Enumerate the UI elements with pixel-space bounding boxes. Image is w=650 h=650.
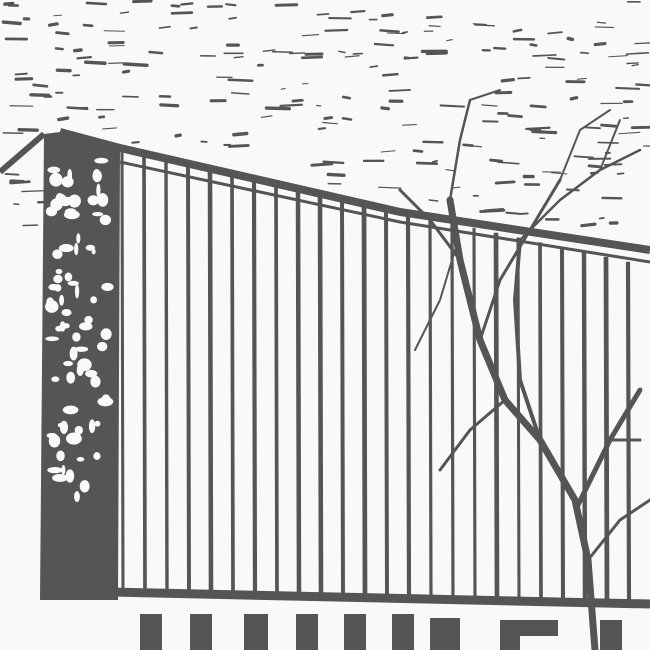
bare-tree	[400, 90, 650, 650]
bottom-lettering	[140, 614, 622, 650]
roof-line	[60, 132, 650, 250]
building-engraving	[0, 0, 650, 650]
woodcut-illustration	[0, 0, 650, 650]
base-line	[110, 592, 650, 604]
left-wall	[0, 134, 44, 172]
